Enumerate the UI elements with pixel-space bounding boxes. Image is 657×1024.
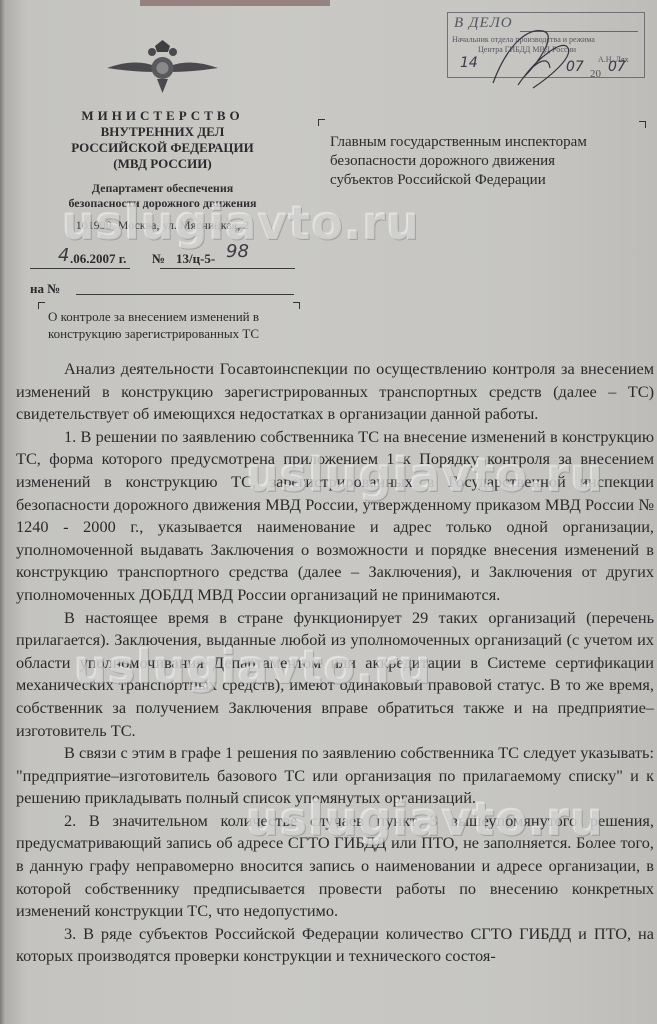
bracket-corner [293, 302, 300, 309]
letter-body: Анализ деятельности Госавтоинспекции по … [16, 358, 654, 968]
paragraph: Анализ деятельности Госавтоинспекции по … [16, 358, 654, 426]
sender-address: 101990, Москва, ул. Мясницкая, 2 [40, 218, 285, 233]
addressee-block: Главным государственным инспекторам безо… [330, 133, 587, 190]
signature-scribble-icon [488, 23, 578, 93]
registry-stamp: В ДЕЛО Начальник отдела производства и р… [447, 12, 645, 78]
paragraph: В настоящее время в стране функционирует… [16, 607, 654, 743]
number-underline [160, 268, 295, 269]
date-number-line: 4 .06.2007 г. № 13/ц-5- 98 [30, 249, 300, 271]
handwritten-number: 98 [226, 241, 249, 262]
addressee-bracket-corner [318, 119, 325, 126]
page-top-shadow [140, 0, 330, 6]
addressee-line: Главным государственным инспекторам [330, 133, 587, 152]
date-underline [30, 268, 130, 269]
subject-text: конструкцию зарегистрированных ТС [48, 325, 259, 342]
ministry-line: (МВД РОССИИ) [40, 156, 285, 172]
paragraph: В связи с этим в графе 1 решения по заяв… [16, 742, 654, 810]
stamp-day: 14 [460, 55, 478, 71]
reference-underline [76, 294, 294, 295]
reference-label: на № [30, 281, 60, 297]
addressee-bracket-corner [639, 121, 646, 128]
department-line: Департамент обеспечения [40, 181, 285, 196]
addressee-line: субъектов Российской Федерации [330, 171, 587, 190]
ministry-line: МИНИСТЕРСТВО [40, 108, 285, 124]
number-label: № [152, 251, 165, 267]
subject-line: О контроле за внесением изменений в конс… [48, 308, 259, 342]
paragraph: 1. В решении по заявлению собственника Т… [16, 426, 654, 607]
stamp-year: 07 [608, 59, 626, 75]
ministry-line: РОССИЙСКОЙ ФЕДЕРАЦИИ [40, 140, 285, 156]
department-line: безопасности дорожного движения [40, 196, 285, 211]
paragraph: 2. В значительном количестве случаев пун… [16, 810, 654, 923]
outgoing-number: 13/ц-5- [176, 251, 215, 267]
stamp-year-prefix: 20 [590, 68, 601, 80]
mvd-eagle-emblem-icon [105, 38, 220, 96]
ministry-line: ВНУТРЕННИХ ДЕЛ [40, 124, 285, 140]
handwritten-day: 4 [58, 245, 69, 266]
ministry-name: МИНИСТЕРСТВО ВНУТРЕННИХ ДЕЛ РОССИЙСКОЙ Ф… [40, 108, 285, 172]
department-name: Департамент обеспечения безопасности дор… [40, 181, 285, 211]
bracket-corner [38, 302, 45, 309]
addressee-line: безопасности дорожного движения [330, 152, 587, 171]
page-left-edge [0, 0, 6, 1024]
date-text: .06.2007 г. [70, 251, 126, 267]
paragraph: 3. В ряде субъектов Российской Федерации… [16, 923, 654, 968]
subject-text: О контроле за внесением изменений в [48, 308, 259, 325]
